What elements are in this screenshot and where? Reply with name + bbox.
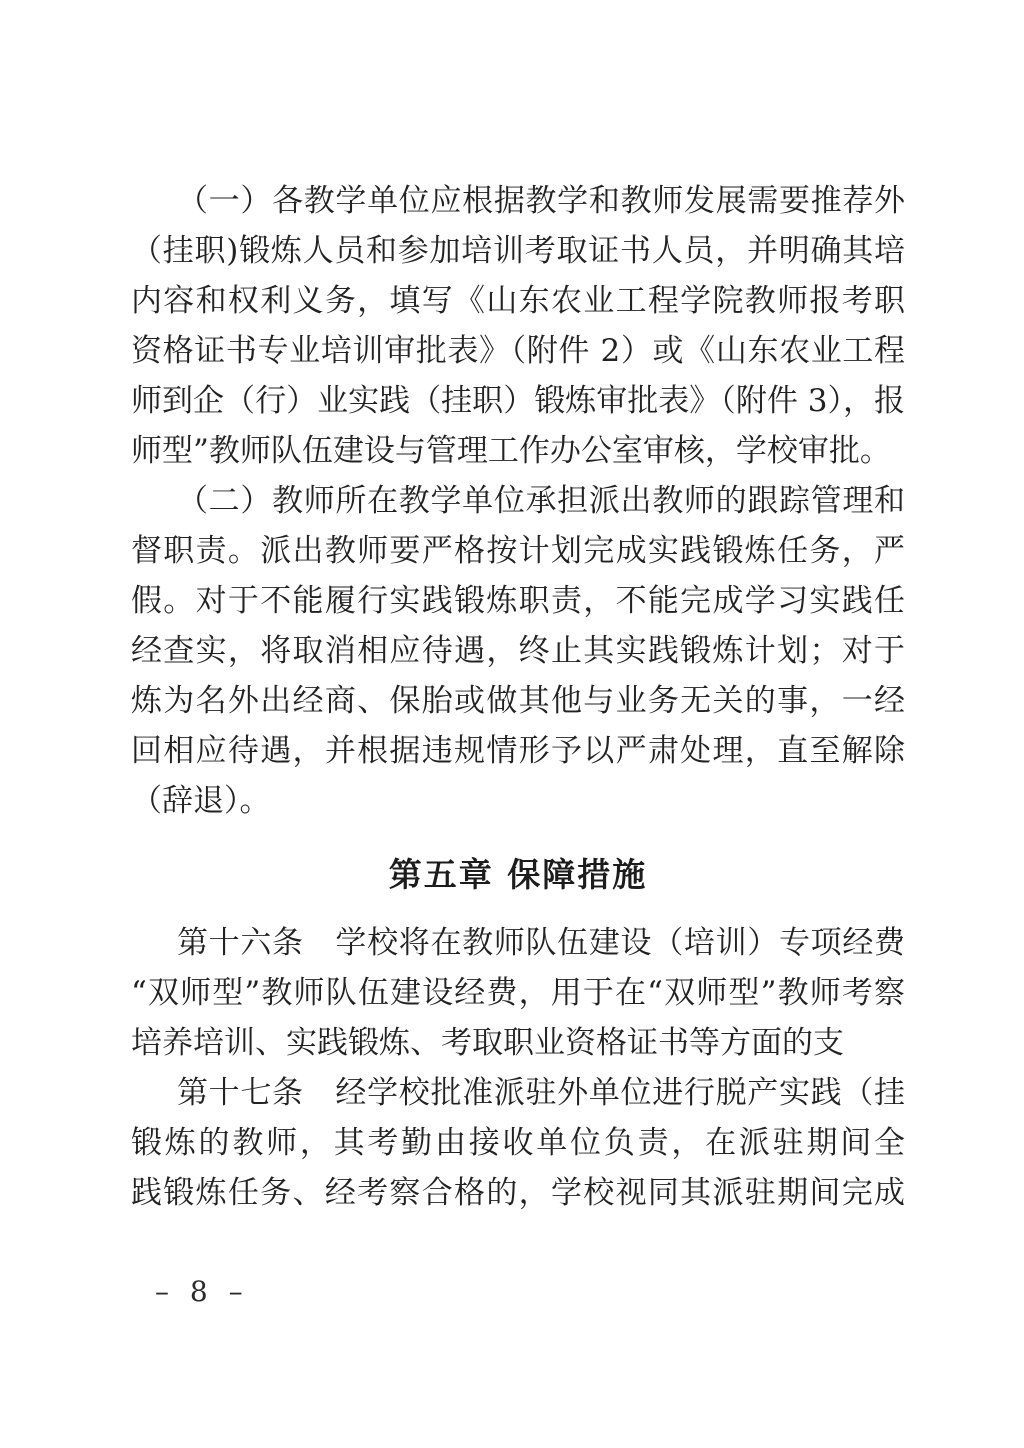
text-line: 炼为名外出经商、保胎或做其他与业务无关的事，一经查实，追	[131, 676, 905, 726]
text-line: 践锻炼任务、经考察合格的，学校视同其派驻期间完成基本课时	[131, 1168, 905, 1218]
text-line: 经查实，将取消相应待遇，终止其实践锻炼计划；对于以实践锻	[131, 626, 905, 676]
document-body: （一）各教学单位应根据教学和教师发展需要推荐外出实践（挂职)锻炼人员和参加培训考…	[131, 176, 905, 1218]
text-line: 第十七条 经学校批准派驻外单位进行脱产实践（挂职））	[131, 1068, 905, 1118]
text-line: 培养培训、实践锻炼、考取职业资格证书等方面的支出。	[131, 1018, 905, 1068]
text-line: 锻炼的教师，其考勤由接收单位负责，在派驻期间全勤、完成实	[131, 1118, 905, 1168]
text-line: （一）各教学单位应根据教学和教师发展需要推荐外出实践	[131, 176, 905, 226]
text-line: 师型”教师队伍建设与管理工作办公室审核，学校审批。	[131, 426, 905, 476]
text-line: 假。对于不能履行实践锻炼职责，不能完成学习实践任务的，一	[131, 576, 905, 626]
text-line: 师到企（行）业实践（挂职）锻炼审批表》（附件 3），报“双	[131, 376, 905, 426]
text-line: 督职责。派出教师要严格按计划完成实践锻炼任务，严禁弄虚作	[131, 526, 905, 576]
text-line: （二）教师所在教学单位承担派出教师的跟踪管理和过程监	[131, 476, 905, 526]
text-line: 资格证书专业培训审批表》（附件 2）或《山东农业工程学院教	[131, 326, 905, 376]
text-line: 回相应待遇，并根据违规情形予以严肃处理，直至解除聘用合同	[131, 726, 905, 776]
text-line: “双师型”教师队伍建设经费，用于在“双师型”教师考察引进、	[131, 968, 905, 1018]
text-line: 内容和权利义务，填写《山东农业工程学院教师报考职业（执业）	[131, 276, 905, 326]
text-line: 第十六条 学校将在教师队伍建设（培训）专项经费中设立	[131, 918, 905, 968]
page-number: – 8 –	[155, 1275, 249, 1308]
text-line: （挂职)锻炼人员和参加培训考取证书人员，并明确其培养目标、	[131, 226, 905, 276]
chapter-heading: 第五章 保障措施	[131, 826, 905, 918]
text-line: （辞退）。	[131, 776, 905, 826]
page: （一）各教学单位应根据教学和教师发展需要推荐外出实践（挂职)锻炼人员和参加培训考…	[0, 0, 1024, 1448]
page-footer: – 8 –	[155, 1272, 249, 1312]
